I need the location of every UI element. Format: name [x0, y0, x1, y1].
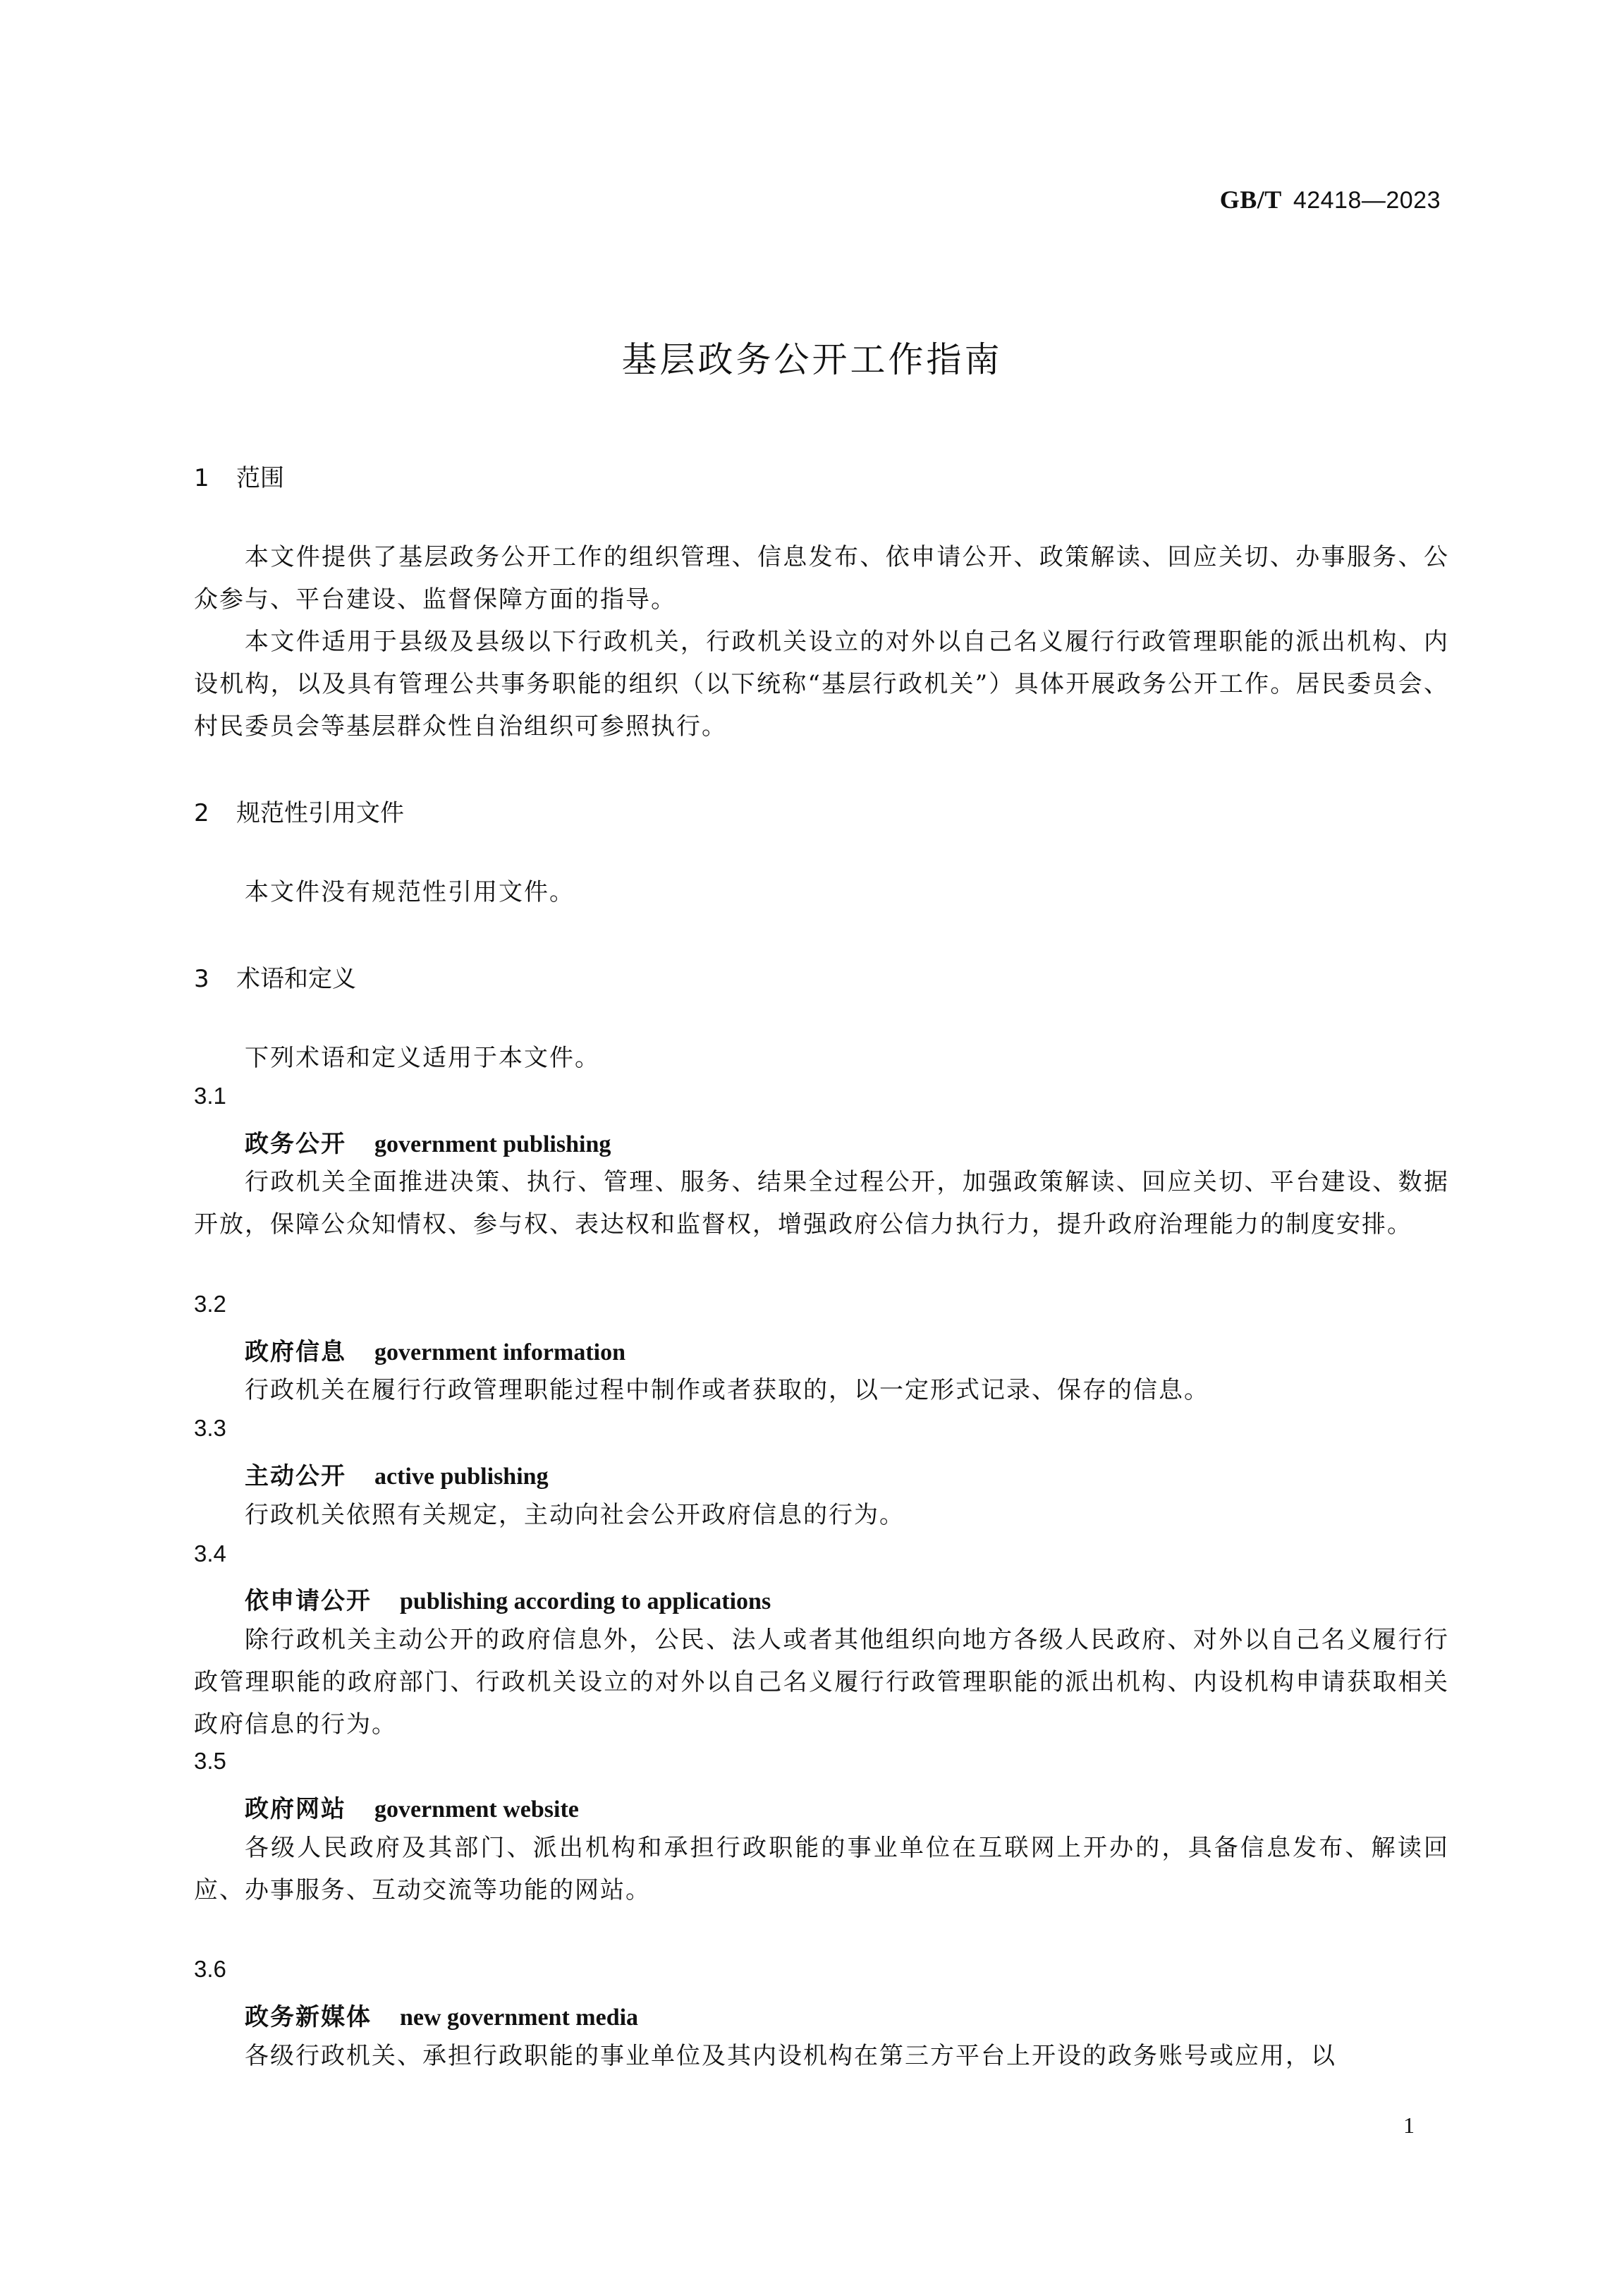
paragraph: 下列术语和定义适用于本文件。: [194, 1037, 1449, 1079]
document-title: 基层政务公开工作指南: [0, 332, 1624, 382]
term-definition: 行政机关依照有关规定，主动向社会公开政府信息的行为。: [194, 1494, 1449, 1536]
clause-number: 3.5: [194, 1748, 226, 1775]
term-zh: 政府网站: [245, 1795, 346, 1823]
term-definition: 各级人民政府及其部门、派出机构和承担行政职能的事业单位在互联网上开办的，具备信息…: [194, 1827, 1449, 1911]
section-title: 术语和定义: [236, 965, 356, 993]
term-zh: 政务公开: [245, 1130, 346, 1158]
section-heading-1: 1范围: [194, 458, 284, 493]
clause-number: 3.1: [194, 1083, 226, 1109]
clause-number: 3.4: [194, 1540, 226, 1567]
clause-number: 3.3: [194, 1415, 226, 1442]
term-definition: 除行政机关主动公开的政府信息外，公民、法人或者其他组织向地方各级人民政府、对外以…: [194, 1619, 1449, 1746]
term-en: new government media: [400, 2005, 638, 2031]
term-en: government website: [374, 1796, 579, 1823]
section-heading-3: 3术语和定义: [194, 959, 356, 994]
term-zh: 依申请公开: [245, 1587, 372, 1615]
term-en: active publishing: [374, 1464, 549, 1490]
term-zh: 政府信息: [245, 1338, 346, 1366]
section-number: 3: [194, 965, 236, 993]
term-zh: 政务新媒体: [245, 2003, 372, 2031]
standard-code: GB/T42418—2023: [1220, 185, 1441, 214]
term-definition: 行政机关在履行行政管理职能过程中制作或者获取的，以一定形式记录、保存的信息。: [194, 1369, 1449, 1411]
term-entry: 政府网站government website: [245, 1789, 579, 1824]
term-zh: 主动公开: [245, 1462, 346, 1490]
term-entry: 政府信息government information: [245, 1332, 625, 1367]
term-definition: 行政机关全面推进决策、执行、管理、服务、结果全过程公开，加强政策解读、回应关切、…: [194, 1161, 1449, 1246]
term-en: publishing according to applications: [400, 1588, 771, 1614]
term-entry: 政务新媒体new government media: [245, 1997, 638, 2032]
standard-number: 42418—2023: [1293, 187, 1441, 214]
term-en: government information: [374, 1339, 625, 1366]
term-entry: 依申请公开publishing according to application…: [245, 1581, 771, 1616]
section-heading-2: 2规范性引用文件: [194, 793, 404, 828]
clause-number: 3.6: [194, 1956, 226, 1983]
section-title: 规范性引用文件: [236, 799, 404, 827]
term-entry: 政务公开government publishing: [245, 1124, 611, 1159]
section-number: 2: [194, 799, 236, 827]
section-number: 1: [194, 464, 236, 492]
clause-number: 3.2: [194, 1291, 226, 1318]
section-title: 范围: [236, 464, 284, 492]
paragraph: 本文件提供了基层政务公开工作的组织管理、信息发布、依申请公开、政策解读、回应关切…: [194, 536, 1449, 621]
document-page: GB/T42418—2023 基层政务公开工作指南 1范围 本文件提供了基层政务…: [0, 0, 1624, 2293]
paragraph: 本文件适用于县级及县级以下行政机关，行政机关设立的对外以自己名义履行行政管理职能…: [194, 621, 1449, 748]
term-definition: 各级行政机关、承担行政职能的事业单位及其内设机构在第三方平台上开设的政务账号或应…: [194, 2035, 1449, 2077]
term-entry: 主动公开active publishing: [245, 1456, 549, 1491]
standard-prefix: GB/T: [1220, 185, 1282, 214]
term-en: government publishing: [374, 1131, 611, 1157]
paragraph: 本文件没有规范性引用文件。: [194, 871, 1449, 913]
page-number: 1: [1403, 2112, 1415, 2139]
